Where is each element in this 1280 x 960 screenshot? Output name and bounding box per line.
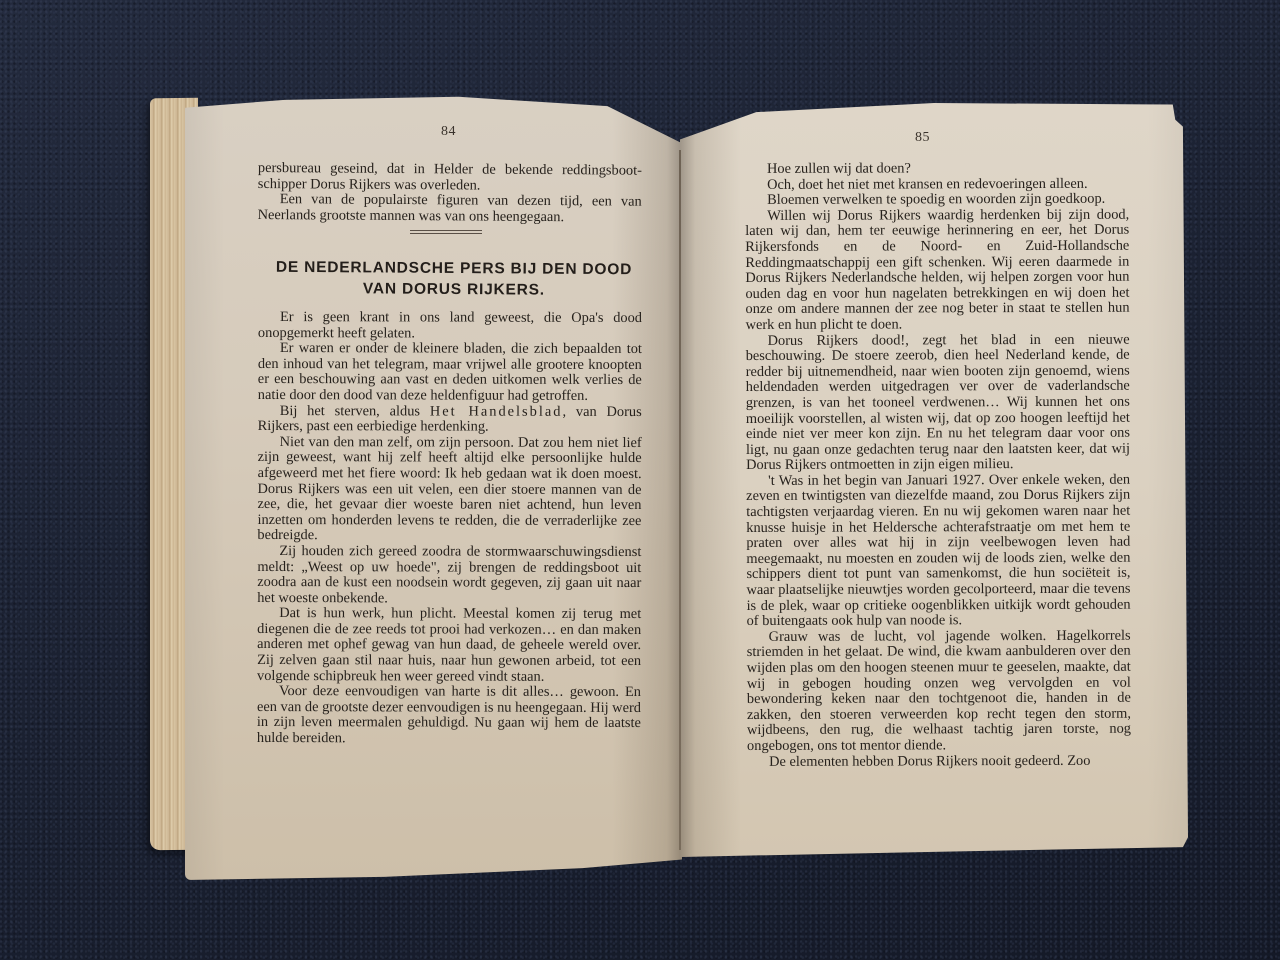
newspaper-name: Het Handelsblad xyxy=(430,403,563,419)
right-page-body: Hoe zullen wij dat doen? Och, doet het n… xyxy=(745,161,1131,770)
body-paragraph: Voor deze eenvoudigen van harte is dit a… xyxy=(257,684,641,747)
intro-paragraph: Een van de populairste figuren van dezen… xyxy=(258,192,642,226)
right-page-number: 85 xyxy=(915,130,930,146)
left-page-body: Er is geen krant in ons land geweest, di… xyxy=(257,310,642,748)
open-book: 84 persbureau geseind, dat in Helder de … xyxy=(0,0,1280,960)
intro-paragraph: persbureau geseind, dat in Helder de bek… xyxy=(258,161,642,195)
body-paragraph: Er is geen krant in ons land geweest, di… xyxy=(258,310,642,342)
body-paragraph: Bij het sterven, aldus Het Handelsblad, … xyxy=(258,404,642,436)
left-page-number: 84 xyxy=(441,124,456,140)
body-paragraph: Dat is hun werk, hun plicht. Meestal kom… xyxy=(257,606,641,685)
chapter-title-line: DE NEDERLANDSCHE PERS BIJ DEN DOOD xyxy=(268,257,640,281)
chapter-title: DE NEDERLANDSCHE PERS BIJ DEN DOOD VAN D… xyxy=(268,257,640,302)
body-paragraph: Grauw was de lucht, vol jagende wolken. … xyxy=(747,628,1131,754)
body-paragraph: Willen wij Dorus Rijkers waardig herdenk… xyxy=(745,207,1129,333)
body-paragraph: 't Was in het begin van Januari 1927. Ov… xyxy=(746,473,1131,630)
body-paragraph: Er waren er onder de kleinere bladen, di… xyxy=(258,341,642,404)
chapter-title-line: VAN DORUS RIJKERS. xyxy=(268,278,640,302)
book-gutter xyxy=(679,150,681,850)
left-page-intro: persbureau geseind, dat in Helder de bek… xyxy=(258,161,642,226)
text-span: Bij het sterven, aldus xyxy=(280,403,430,419)
section-divider xyxy=(410,230,482,234)
body-paragraph: Dorus Rijkers dood!, zegt het blad in ee… xyxy=(746,332,1130,474)
body-paragraph: Niet van den man zelf, om zijn persoon. … xyxy=(257,435,641,545)
body-paragraph: De elementen hebben Dorus Rijkers nooit … xyxy=(747,753,1131,770)
body-paragraph: Zij houden zich gereed zoodra de stormwa… xyxy=(257,544,641,607)
